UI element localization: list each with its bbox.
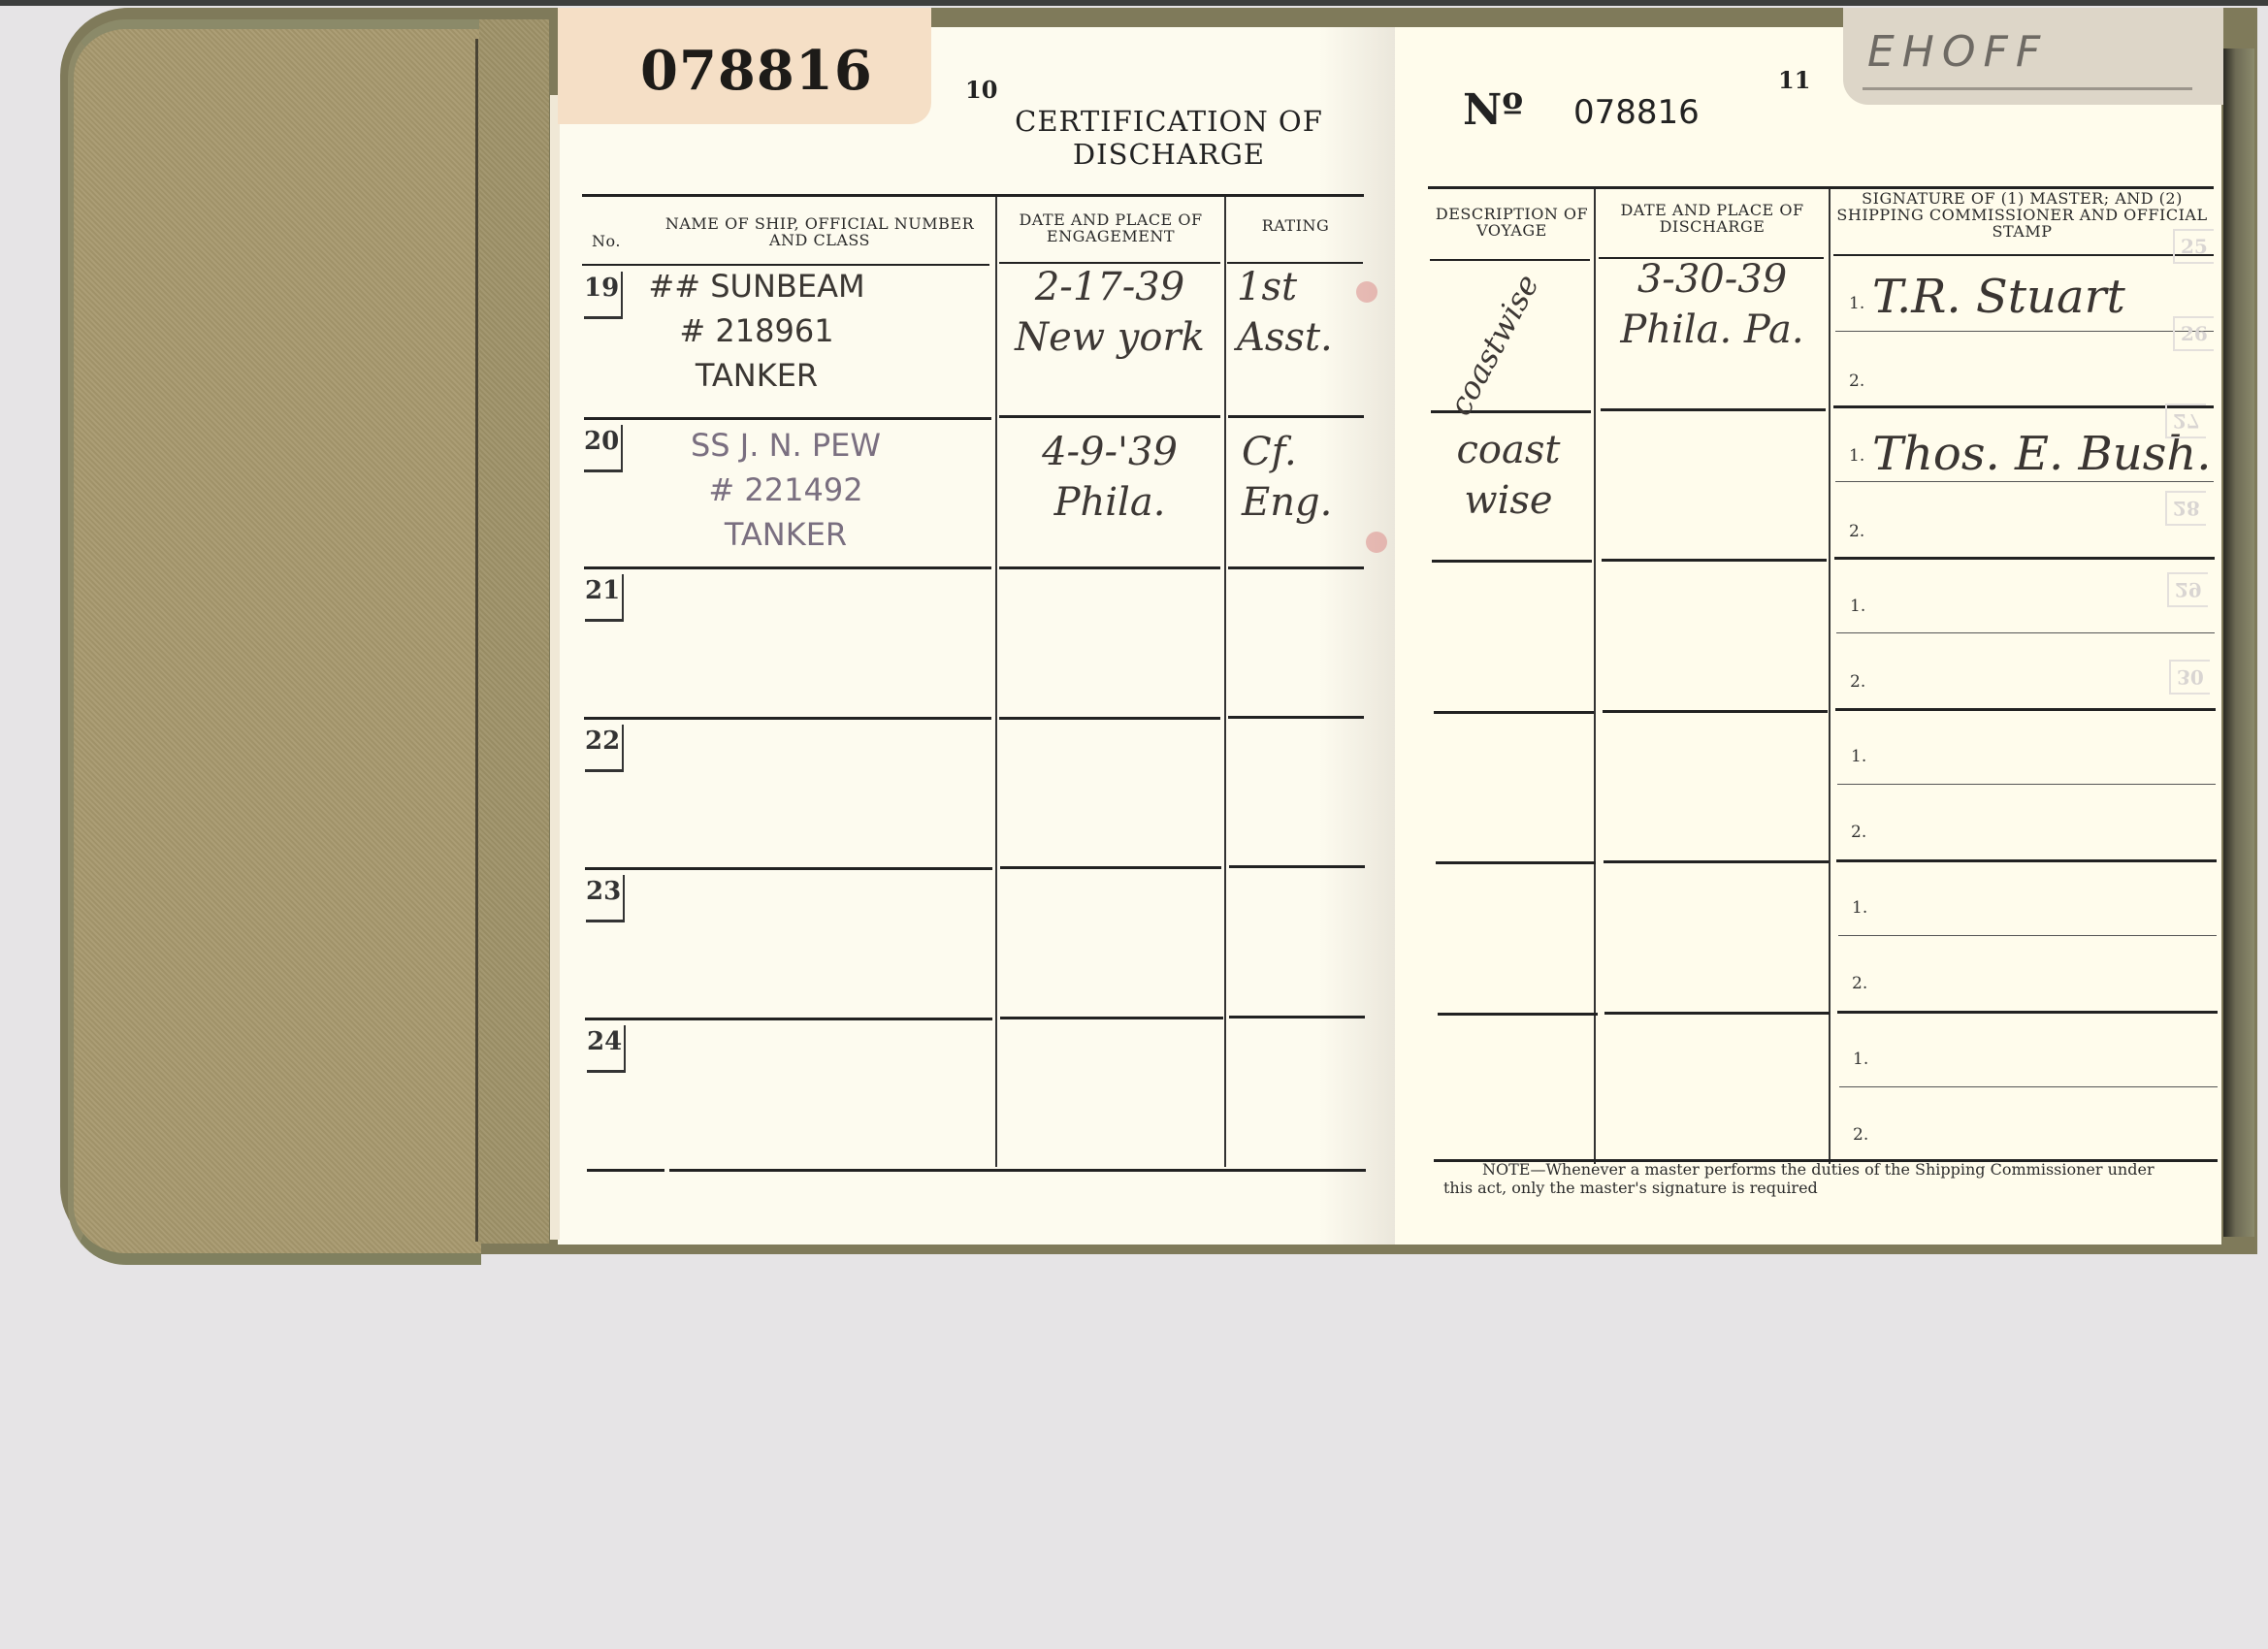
row-rule [585, 867, 992, 870]
ship-class: TANKER [631, 353, 883, 398]
master-signature: T.R. Stuart [1872, 270, 2125, 324]
scanner-top-edge [0, 0, 2268, 6]
voyage-line: wise [1426, 475, 1591, 526]
row-rule [1436, 861, 1596, 864]
row-rule [1602, 559, 1827, 562]
signature-line [1835, 481, 2214, 482]
row-number: 24 [587, 1025, 626, 1073]
discharge-place: Phila. Pa. [1601, 305, 1824, 355]
ship-stamp: ## SUNBEAM # 218961 TANKER [631, 264, 883, 398]
title-line-2: DISCHARGE [989, 138, 1348, 171]
page-number-right: 11 [1778, 66, 1810, 94]
signature-label-commissioner: 2. [1852, 974, 1867, 993]
header-rule [1833, 254, 2214, 256]
signature-label-commissioner: 2. [1853, 1125, 1868, 1145]
rating-line: Cf. [1242, 427, 1368, 477]
row-rule [1228, 566, 1364, 569]
row-number: 23 [586, 875, 625, 922]
header-discharge: DATE AND PLACE OF DISCHARGE [1601, 202, 1824, 235]
signature-label-master: 1. [1851, 747, 1866, 766]
row-number: 22 [585, 725, 624, 772]
row-number: 20 [584, 425, 623, 472]
seaman-name: EHOFF [1867, 27, 2048, 77]
signature-line [1839, 1086, 2218, 1087]
engagement-entry: 2-17-39 New york [999, 262, 1220, 363]
ink-stain [1356, 281, 1377, 303]
engagement-date: 2-17-39 [999, 262, 1220, 312]
row-rule [1000, 866, 1221, 869]
footnote-line-1: NOTE—Whenever a master performs the duti… [1443, 1160, 2219, 1179]
row-rule [1228, 716, 1364, 719]
row-rule [1229, 865, 1365, 868]
row-rule [1837, 1011, 2218, 1014]
engagement-place: Phila. [999, 477, 1220, 528]
row-rule [999, 717, 1220, 720]
row-rule [1604, 860, 1829, 863]
discharge-date: 3-30-39 [1601, 254, 1824, 305]
row-rule [1835, 708, 2216, 711]
row-number: 19 [584, 272, 623, 319]
rating-entry: Cf. Eng. [1242, 427, 1368, 528]
signature-label-commissioner: 2. [1850, 672, 1865, 692]
voyage-description: coast wise [1426, 425, 1591, 526]
name-tab-rule [1863, 87, 2192, 90]
signature-label-master: 1. [1852, 898, 1867, 918]
row-rule [1604, 1012, 1830, 1015]
header-voyage: DESCRIPTION OF VOYAGE [1432, 206, 1592, 239]
spine-crease [475, 39, 478, 1242]
row-rule [999, 566, 1220, 569]
row-rule [999, 415, 1220, 418]
row-rule [1434, 711, 1594, 714]
row-rule [584, 566, 991, 569]
header-signature: SIGNATURE OF (1) MASTER; AND (2) SHIPPIN… [1835, 190, 2209, 240]
footnote-line-2: this act, only the master's signature is… [1443, 1179, 2219, 1197]
show-through-number: 30 [2169, 660, 2210, 695]
master-signature: Thos. E. Bush. [1872, 427, 2212, 481]
signature-label-commissioner: 2. [1849, 372, 1864, 391]
ship-stamp: SS J. N. PEW # 221492 TANKER [650, 423, 922, 557]
ship-name: SS J. N. PEW [650, 423, 922, 468]
column-divider [1594, 189, 1596, 1164]
voyage-line: coast [1426, 425, 1591, 475]
header-rating: RATING [1230, 217, 1361, 234]
table-bottom-rule [587, 1169, 664, 1172]
show-through-number: 25 [2173, 229, 2214, 264]
row-rule [1228, 415, 1364, 418]
cover-hinge [479, 19, 549, 1244]
row-rule [1438, 1013, 1598, 1016]
signature-label-master: 1. [1850, 597, 1865, 616]
signature-line [1837, 784, 2216, 785]
ship-official-number: # 221492 [650, 468, 922, 512]
header-ship: NAME OF SHIP, OFFICIAL NUMBER AND CLASS [660, 215, 980, 248]
footnote: NOTE—Whenever a master performs the duti… [1443, 1160, 2219, 1197]
signature-label-commissioner: 2. [1851, 823, 1866, 842]
signature-line [1838, 935, 2217, 936]
row-rule [1834, 557, 2215, 560]
rating-line: 1st [1237, 262, 1363, 312]
signature-line [1835, 331, 2214, 332]
discharge-entry: 3-30-39 Phila. Pa. [1601, 254, 1824, 355]
row-rule [584, 417, 991, 420]
show-through-number: 29 [2167, 572, 2208, 607]
table-top-rule [582, 194, 1364, 197]
signature-label-master: 1. [1849, 294, 1864, 313]
page-stack-edge [550, 95, 560, 1240]
left-page [558, 27, 1395, 1245]
signature-label-master: 1. [1853, 1050, 1868, 1069]
show-through-number: 28 [2165, 491, 2206, 526]
engagement-date: 4-9-'39 [999, 427, 1220, 477]
row-rule [1836, 859, 2217, 862]
table-bottom-rule [669, 1169, 1366, 1172]
page-title: CERTIFICATION OF DISCHARGE [989, 105, 1348, 171]
column-divider [995, 197, 997, 1167]
ship-name: ## SUNBEAM [631, 264, 883, 308]
ship-class: TANKER [650, 512, 922, 557]
header-no: No. [587, 233, 626, 249]
signature-line [1836, 632, 2215, 633]
row-rule [1601, 408, 1826, 411]
title-line-1: CERTIFICATION OF [989, 105, 1348, 138]
number-value: 078816 [1573, 93, 1700, 132]
row-rule [584, 717, 991, 720]
number-label: Nº [1463, 85, 1523, 135]
show-through-number: 27 [2165, 404, 2206, 438]
row-rule [1000, 1017, 1223, 1019]
ship-official-number: # 218961 [631, 308, 883, 353]
serial-number: 078816 [640, 39, 873, 103]
inside-front-cover [68, 19, 481, 1265]
rating-line: Eng. [1242, 477, 1368, 528]
page-number-left: 10 [965, 76, 997, 104]
engagement-entry: 4-9-'39 Phila. [999, 427, 1220, 528]
column-divider [1224, 197, 1226, 1167]
row-number: 21 [585, 574, 624, 622]
header-engagement: DATE AND PLACE OF ENGAGEMENT [1004, 211, 1217, 244]
row-rule [1229, 1016, 1365, 1018]
row-rule [585, 1018, 992, 1020]
row-rule [1603, 710, 1828, 713]
page-gutter [1319, 27, 1395, 1245]
signature-label-commissioner: 2. [1849, 522, 1864, 541]
back-cover-edge [2223, 48, 2254, 1237]
show-through-number: 26 [2173, 316, 2214, 351]
engagement-place: New york [999, 312, 1220, 363]
row-rule [1432, 560, 1592, 563]
row-rule [1833, 405, 2214, 408]
rating-line: Asst. [1237, 312, 1363, 363]
signature-label-master: 1. [1849, 446, 1864, 466]
column-divider [1829, 189, 1831, 1164]
rating-entry: 1st Asst. [1237, 262, 1363, 363]
ink-stain [1366, 532, 1387, 553]
